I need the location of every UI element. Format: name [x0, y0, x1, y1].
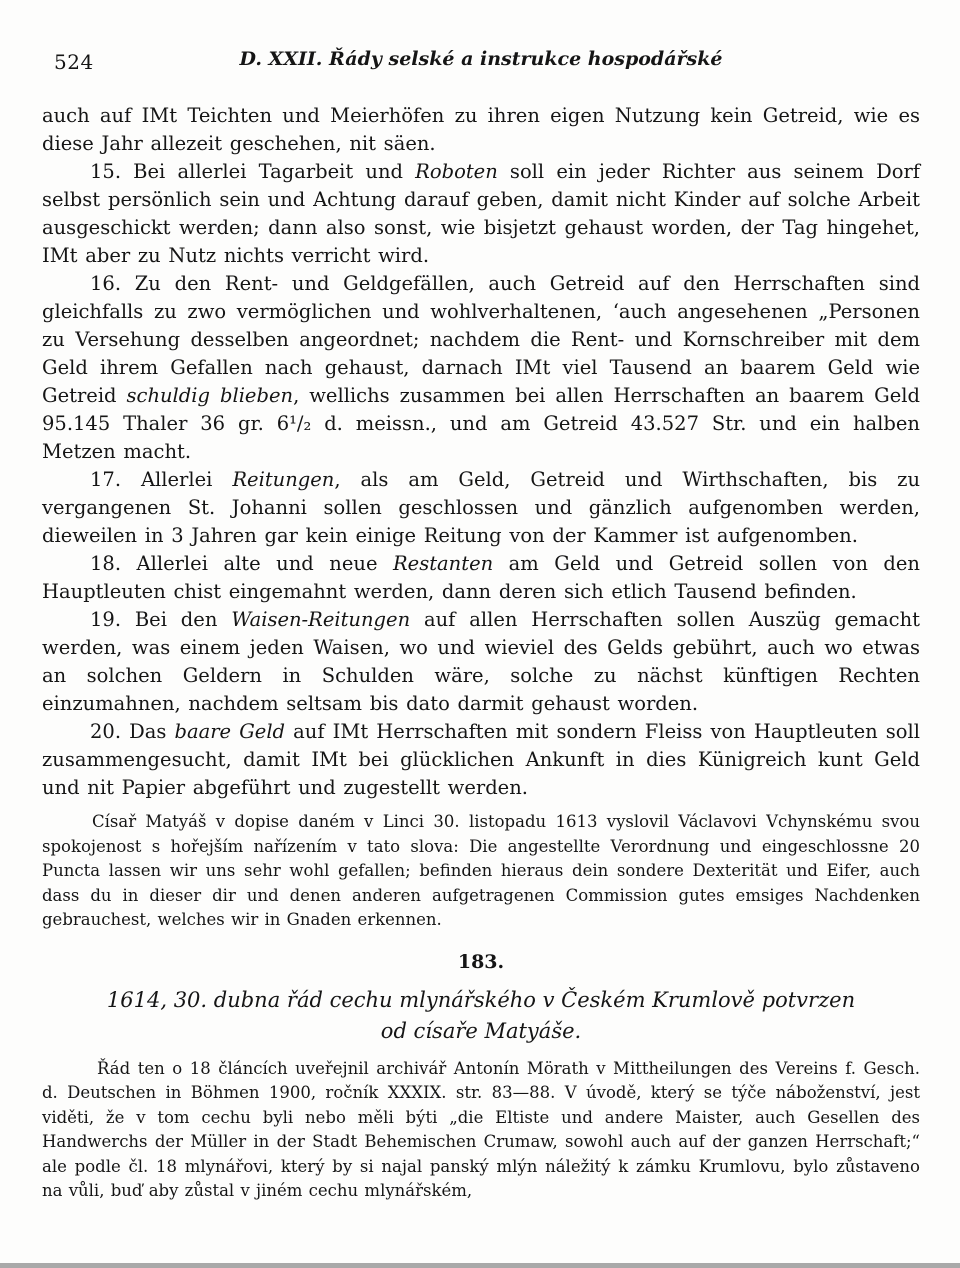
main-text: auch auf IMt Teichten und Meierhöfen zu … — [42, 102, 920, 933]
paragraph-item-15: 15. Bei allerlei Tagarbeit und Roboten s… — [42, 158, 920, 270]
book-page-scan: 524 D. XXII. Řády selské a instrukce hos… — [0, 0, 960, 1268]
text-run: 19. Bei den — [90, 608, 231, 631]
text-run: 15. Bei allerlei Tagarbeit und — [90, 160, 415, 183]
running-title: D. XXII. Řády selské a instrukce hospodá… — [42, 48, 920, 70]
paragraph-continuation: auch auf IMt Teichten und Meierhöfen zu … — [42, 102, 920, 158]
text-run-italic: Reitungen — [232, 468, 334, 491]
paragraph-item-19: 19. Bei den Waisen-Reitungen auf allen H… — [42, 606, 920, 718]
editor-annotation: Císař Matyáš v dopise daném v Linci 30. … — [42, 810, 920, 933]
section-annotation: Řád ten o 18 článcích uveřejnil archivář… — [42, 1057, 920, 1204]
section-title-line2: od císaře Matyáše. — [381, 1019, 581, 1043]
paragraph-item-20: 20. Das baare Geld auf IMt Herrschaften … — [42, 718, 920, 802]
text-run: 18. Allerlei alte und neue — [90, 552, 393, 575]
running-head: 524 D. XXII. Řády selské a instrukce hos… — [42, 48, 920, 76]
text-run-italic: baare Geld — [175, 720, 286, 743]
paragraph-item-18: 18. Allerlei alte und neue Restanten am … — [42, 550, 920, 606]
text-run-italic: Roboten — [415, 160, 498, 183]
section-number: 183. — [42, 951, 920, 973]
text-run: Řád ten o 18 článcích uveřejnil archivář… — [42, 1059, 920, 1201]
section-183: 183. 1614, 30. dubna řád cechu mlynářské… — [0, 951, 960, 1204]
paragraph-item-17: 17. Allerlei Reitungen, als am Geld, Get… — [42, 466, 920, 550]
text-run-italic: schuldig blieben — [127, 384, 294, 407]
section-title: 1614, 30. dubna řád cechu mlynářského v … — [42, 985, 920, 1047]
text-run: 20. Das — [90, 720, 175, 743]
scan-edge-artifact — [0, 1263, 960, 1268]
paragraph-item-16: 16. Zu den Rent- und Geldgefällen, auch … — [42, 270, 920, 466]
text-run: Císař Matyáš v dopise daném v Linci 30. … — [42, 812, 920, 929]
text-run-italic: Waisen-Reitungen — [231, 608, 410, 631]
text-run: 17. Allerlei — [90, 468, 232, 491]
text-run: auch auf IMt Teichten und Meierhöfen zu … — [42, 104, 920, 155]
section-title-line1: 1614, 30. dubna řád cechu mlynářského v … — [107, 988, 855, 1012]
text-run-italic: Restanten — [393, 552, 493, 575]
section-annotation-wrap: Řád ten o 18 článcích uveřejnil archivář… — [42, 1057, 920, 1204]
